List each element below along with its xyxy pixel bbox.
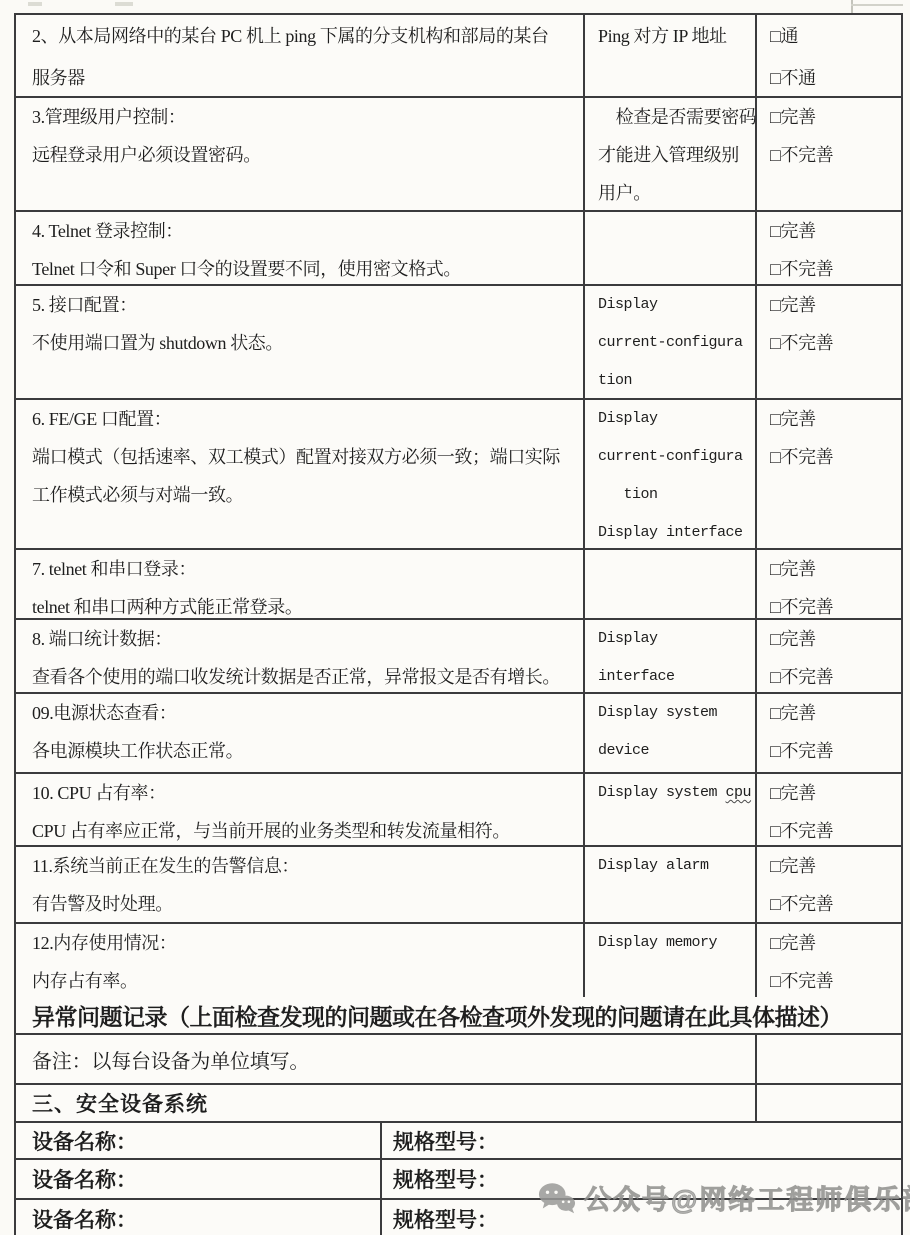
check-result-cell: □完善□不完善 (757, 774, 901, 845)
device-name-label: 设备名称： (16, 1160, 382, 1198)
check-method-cell: Displaycurrent-configuration (585, 286, 757, 398)
check-item-text: Telnet 口令和 Super 口令的设置要不同，使用密文格式。 (32, 250, 573, 284)
section-title-row: 三、安全设备系统 (16, 1085, 901, 1123)
check-method-text: current-configura (598, 324, 751, 362)
check-result-cell: □完善□不完善 (757, 620, 901, 692)
check-item-text: 服务器 (32, 57, 573, 96)
table-row: 4. Telnet 登录控制：Telnet 口令和 Super 口令的设置要不同… (16, 212, 901, 286)
note-cell: 备注：以每台设备为单位填写。 (16, 1035, 757, 1083)
check-item-text: 8. 端口统计数据： (32, 620, 573, 658)
check-method-cell: Display system cpu (585, 774, 757, 845)
check-item-text: 12.内存使用情况： (32, 924, 573, 962)
check-method-cell: Displaycurrent-configura tionDisplay int… (585, 400, 757, 548)
check-item-text: 不使用端口置为 shutdown 状态。 (32, 324, 573, 362)
check-item-text: 4. Telnet 登录控制： (32, 212, 573, 250)
check-method-text: Display system cpu (598, 774, 751, 812)
check-result-cell: □完善□不完善 (757, 924, 901, 997)
checkbox-option: □完善 (770, 212, 899, 250)
checklist-rows: 2、从本局网络中的某台 PC 机上 ping 下属的分支机构和部局的某台服务器 … (16, 15, 901, 997)
device-row: 设备名称： 规格型号： (16, 1123, 901, 1160)
checkbox-option: □完善 (770, 774, 899, 812)
checkbox-option: □不完善 (770, 812, 899, 845)
table-row: 7. telnet 和串口登录：telnet 和串口两种方式能正常登录。 □完善… (16, 550, 901, 620)
check-result-cell: □完善□不完善 (757, 286, 901, 398)
check-item-cell: 10. CPU 占有率：CPU 占有率应正常，与当前开展的业务类型和转发流量相符… (16, 774, 585, 845)
check-item-cell: 7. telnet 和串口登录：telnet 和串口两种方式能正常登录。 (16, 550, 585, 618)
check-item-text: 6. FE/GE 口配置： (32, 400, 573, 438)
checkbox-option: □不通 (770, 57, 899, 96)
check-item-cell: 8. 端口统计数据：查看各个使用的端口收发统计数据是否正常，异常报文是否有增长。 (16, 620, 585, 692)
device-model-label: 规格型号： (382, 1200, 901, 1235)
check-result-cell: □完善□不完善 (757, 847, 901, 922)
check-item-text: CPU 占有率应正常，与当前开展的业务类型和转发流量相符。 (32, 812, 573, 845)
check-method-cell: Display systemdevice (585, 694, 757, 772)
check-method-cell: 检查是否需要密码才能进入管理级别用户。 (585, 98, 757, 210)
scan-artifact (115, 2, 133, 6)
checkbox-option: □不完善 (770, 588, 899, 618)
check-item-cell: 3.管理级用户控制：远程登录用户必须设置密码。 (16, 98, 585, 210)
table-row: 2、从本局网络中的某台 PC 机上 ping 下属的分支机构和部局的某台服务器 … (16, 15, 901, 98)
checkbox-option: □完善 (770, 620, 899, 658)
check-result-cell: □完善□不完善 (757, 98, 901, 210)
note-row: 备注：以每台设备为单位填写。 (16, 1035, 901, 1085)
check-method-text: Ping 对方 IP 地址 (598, 15, 751, 57)
check-result-cell: □完善□不完善 (757, 550, 901, 618)
check-method-text: 检查是否需要密码 (598, 98, 751, 136)
checkbox-option: □完善 (770, 694, 899, 732)
section-title: 三、安全设备系统 (32, 1088, 208, 1118)
checkbox-option: □完善 (770, 400, 899, 438)
check-method-text: 用户。 (598, 174, 751, 210)
table-row: 11.系统当前正在发生的告警信息：有告警及时处理。 Display alarm … (16, 847, 901, 924)
checkbox-option: □不完善 (770, 324, 899, 362)
check-item-text: 远程登录用户必须设置密码。 (32, 136, 573, 174)
table-row: 3.管理级用户控制：远程登录用户必须设置密码。 检查是否需要密码才能进入管理级别… (16, 98, 901, 212)
check-item-text: 查看各个使用的端口收发统计数据是否正常，异常报文是否有增长。 (32, 658, 573, 692)
check-method-text: Display (598, 620, 751, 658)
check-item-text: 工作模式必须与对端一致。 (32, 476, 573, 514)
check-method-text: Display system (598, 694, 751, 732)
check-item-text: 09.电源状态查看： (32, 694, 573, 732)
section-title-cell: 三、安全设备系统 (16, 1085, 757, 1121)
check-result-cell: □完善□不完善 (757, 212, 901, 284)
section-empty-cell (757, 1085, 901, 1121)
check-item-text: 2、从本局网络中的某台 PC 机上 ping 下属的分支机构和部局的某台 (32, 15, 573, 57)
checkbox-option: □完善 (770, 98, 899, 136)
previous-row-border-remnant (851, 0, 853, 14)
check-method-text: tion (598, 476, 751, 514)
checkbox-option: □通 (770, 15, 899, 57)
scanned-document-page: 2、从本局网络中的某台 PC 机上 ping 下属的分支机构和部局的某台服务器 … (0, 0, 910, 1235)
table-row: 09.电源状态查看：各电源模块工作状态正常。 Display systemdev… (16, 694, 901, 774)
check-method-text: Display (598, 400, 751, 438)
device-row: 设备名称： 规格型号： (16, 1200, 901, 1235)
check-result-cell: □完善□不完善 (757, 400, 901, 548)
check-method-text: current-configura (598, 438, 751, 476)
checkbox-option: □不完善 (770, 962, 899, 997)
device-row: 设备名称： 规格型号： (16, 1160, 901, 1200)
check-item-text: 11.系统当前正在发生的告警信息： (32, 847, 573, 885)
checkbox-option: □不完善 (770, 438, 899, 476)
checkbox-option: □不完善 (770, 885, 899, 922)
check-method-text: tion (598, 362, 751, 398)
check-item-text: 各电源模块工作状态正常。 (32, 732, 573, 770)
check-item-text: 10. CPU 占有率： (32, 774, 573, 812)
device-model-label: 规格型号： (382, 1123, 901, 1158)
issues-record-row: 异常问题记录（上面检查发现的问题或在各检查项外发现的问题请在此具体描述） (16, 997, 901, 1035)
check-method-cell: Displayinterface (585, 620, 757, 692)
check-method-cell (585, 212, 757, 284)
check-method-text: device (598, 732, 751, 770)
check-method-text: Display memory (598, 924, 751, 962)
check-item-cell: 4. Telnet 登录控制：Telnet 口令和 Super 口令的设置要不同… (16, 212, 585, 284)
checkbox-option: □完善 (770, 847, 899, 885)
check-item-text: 5. 接口配置： (32, 286, 573, 324)
checkbox-option: □完善 (770, 550, 899, 588)
table-row: 10. CPU 占有率：CPU 占有率应正常，与当前开展的业务类型和转发流量相符… (16, 774, 901, 847)
table-row: 6. FE/GE 口配置：端口模式（包括速率、双工模式）配置对接双方必须一致；端… (16, 400, 901, 550)
table-row: 12.内存使用情况：内存占有率。 Display memory □完善□不完善 (16, 924, 901, 997)
check-method-cell: Ping 对方 IP 地址 (585, 15, 757, 96)
device-model-label: 规格型号： (382, 1160, 901, 1198)
previous-row-border-remnant (851, 4, 903, 6)
checkbox-option: □完善 (770, 924, 899, 962)
check-item-cell: 09.电源状态查看：各电源模块工作状态正常。 (16, 694, 585, 772)
checkbox-option: □不完善 (770, 136, 899, 174)
check-method-cell: Display alarm (585, 847, 757, 922)
inspection-checklist-table: 2、从本局网络中的某台 PC 机上 ping 下属的分支机构和部局的某台服务器 … (14, 13, 903, 1235)
check-method-text: interface (598, 658, 751, 692)
check-item-text: 内存占有率。 (32, 962, 573, 997)
issues-record-label: 异常问题记录（上面检查发现的问题或在各检查项外发现的问题请在此具体描述） (32, 999, 842, 1032)
device-name-label: 设备名称： (16, 1200, 382, 1235)
table-row: 5. 接口配置：不使用端口置为 shutdown 状态。 Displaycurr… (16, 286, 901, 400)
check-result-cell: □通□不通 (757, 15, 901, 96)
check-result-cell: □完善□不完善 (757, 694, 901, 772)
check-item-text: 端口模式（包括速率、双工模式）配置对接双方必须一致；端口实际 (32, 438, 573, 476)
check-item-cell: 11.系统当前正在发生的告警信息：有告警及时处理。 (16, 847, 585, 922)
check-method-text: Display alarm (598, 847, 751, 885)
check-item-cell: 6. FE/GE 口配置：端口模式（包括速率、双工模式）配置对接双方必须一致；端… (16, 400, 585, 548)
scan-artifact (28, 2, 42, 6)
checkbox-option: □完善 (770, 286, 899, 324)
spellcheck-underlined-word: cpu (726, 784, 752, 801)
check-method-text: 才能进入管理级别 (598, 136, 751, 174)
note-empty-cell (757, 1035, 901, 1083)
table-row: 8. 端口统计数据：查看各个使用的端口收发统计数据是否正常，异常报文是否有增长。… (16, 620, 901, 694)
check-method-cell: Display memory (585, 924, 757, 997)
checkbox-option: □不完善 (770, 658, 899, 692)
device-name-label: 设备名称： (16, 1123, 382, 1158)
check-method-cell (585, 550, 757, 618)
check-item-cell: 2、从本局网络中的某台 PC 机上 ping 下属的分支机构和部局的某台服务器 (16, 15, 585, 96)
check-item-text: 3.管理级用户控制： (32, 98, 573, 136)
note-label: 备注：以每台设备为单位填写。 (32, 1045, 309, 1074)
check-item-cell: 5. 接口配置：不使用端口置为 shutdown 状态。 (16, 286, 585, 398)
checkbox-option: □不完善 (770, 732, 899, 770)
check-method-text: Display (598, 286, 751, 324)
check-item-cell: 12.内存使用情况：内存占有率。 (16, 924, 585, 997)
check-method-text: Display interface (598, 514, 751, 548)
check-item-text: 有告警及时处理。 (32, 885, 573, 922)
checkbox-option: □不完善 (770, 250, 899, 284)
check-item-text: 7. telnet 和串口登录： (32, 550, 573, 588)
check-item-text: telnet 和串口两种方式能正常登录。 (32, 588, 573, 618)
